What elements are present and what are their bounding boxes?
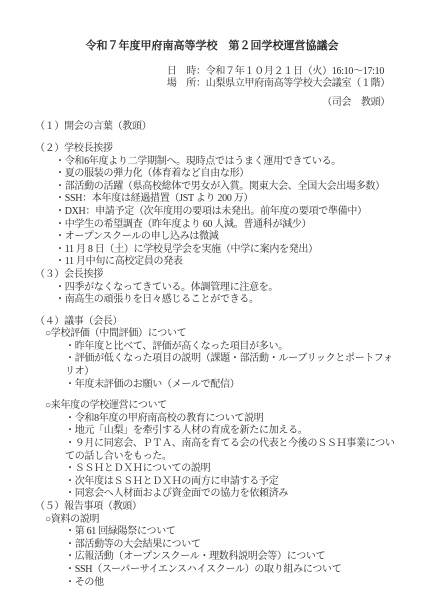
bullet-list: ・令和6年度より二学期制へ。現時点ではうまく運用できている。・夏の服装の弾力化（… [35,156,398,269]
subsection-next-year-operation: ○来年度の学校運営について ・令和8年度の甲府南高校の教育について説明・地元「山… [35,400,398,501]
subsection-heading: ○来年度の学校運営について [45,400,398,413]
agenda-bullet: ・令和8年度の甲府南高校の教育について説明 [65,413,398,426]
section-principal-greeting: （２）学校長挨拶 ・令和6年度より二学期制へ。現時点ではうまく運用できている。・… [35,143,398,269]
bullet-list: ・令和8年度の甲府南高校の教育について説明・地元「山梨」を牽引する人材の育成を新… [45,413,398,501]
agenda-bullet: ・第 61 回緑陽祭について [65,526,398,539]
agenda-bullet: ・夏の服装の弾力化（体育着など自由な形） [55,168,398,181]
agenda-bullet: ・SSH：本年度は経過措置（JST より 200 万） [55,193,398,206]
agenda-bullet: ・その他 [65,577,398,590]
section-proceedings: （４）議事（会長） ○学校評価（中間評価）について ・昨年度と比べて、評価が高く… [35,316,398,501]
bullet-list: ・第 61 回緑陽祭について・部活動等の大会結果について・広報活動（オープンスク… [45,526,398,589]
agenda-bullet: ・部活動等の大会結果について [65,539,398,552]
section-heading: （２）学校長挨拶 [35,143,398,156]
section-heading: （５）報告事項（教頭） [35,501,398,514]
section-chair-greeting: （３）会長挨拶 ・四季がなくなってきている。体調管理に注意を。・南高生の頑張りを… [35,269,398,307]
subsection-school-evaluation: ○学校評価（中間評価）について ・昨年度と比べて、評価が高くなった項目が多い。・… [35,328,398,391]
agenda-bullet: ・DXH：申請予定（次年度用の要項は未発出。前年度の要項で準備中） [55,206,398,219]
subsection-heading: ○学校評価（中間評価）について [45,328,398,341]
agenda-bullet: ・昨年度と比べて、評価が高くなった項目が多い。 [65,341,398,354]
agenda-bullet: ・四季がなくなってきている。体調管理に注意を。 [55,282,398,295]
agenda-bullet: ・９月に同窓会、ＰＴＡ、南高を育てる会の代表と今後のＳＳＨ事業についての話し合い… [65,438,398,463]
agenda-bullet: ・地元「山梨」を牽引する人材の育成を新たに加える。 [65,425,398,438]
agenda-bullet: ・令和6年度より二学期制へ。現時点ではうまく運用できている。 [55,156,398,169]
agenda-bullet: ・評価が低くなった項目の説明（課題・部活動・ルーブリックとポートフォリオ） [65,353,398,378]
agenda-bullet: ・年度末評価のお願い（メールで配信） [65,379,398,392]
section-reports: （５）報告事項（教頭） ○資料の説明 ・第 61 回緑陽祭について・部活動等の大… [35,501,398,589]
meta-block: 日 時：令和７年１０月２１日（火）16:10～17:10 場 所：山梨県立甲府南… [167,66,390,91]
section-heading: （４）議事（会長） [35,316,398,329]
section-heading: （３）会長挨拶 [35,269,398,282]
agenda-bullet: ・次年度はＳＳＨとＤＸＨの両方に申請する予定 [65,476,398,489]
agenda-bullet: ・オープンスクールの申し込みは微減 [55,231,398,244]
agenda-bullet: ・中学生の希望調査（昨年度より 60 人減。普通科が減少） [55,219,398,232]
section-opening: （１）開会の言葉（教頭） [35,121,398,134]
agenda-bullet: ・ＳＳＨとＤＸＨについての説明 [65,463,398,476]
agenda-body: （１）開会の言葉（教頭） （２）学校長挨拶 ・令和6年度より二学期制へ。現時点で… [35,121,398,589]
agenda-bullet: ・同窓会へ人材面および資金面での協力を依頼済み [65,488,398,501]
subsection-heading: ○資料の説明 [45,514,398,527]
section-heading: （１）開会の言葉（教頭） [35,121,398,134]
bullet-list: ・四季がなくなってきている。体調管理に注意を。・南高生の頑張りを日々感じることが… [35,282,398,307]
agenda-bullet: ・11 月中旬に高校定員の発表 [55,256,398,269]
agenda-bullet: ・広報活動（オープンスクール・理数科説明会等）について [65,551,398,564]
document-title: 令和７年度甲府南高等学校 第２回学校運営協議会 [0,40,424,53]
meeting-location: 場 所：山梨県立甲府南高等学校大会議室（１階） [167,78,390,91]
agenda-bullet: ・11 月 8 日（土）に学校見学会を実施（中学に案内を発出） [55,244,398,257]
bullet-list: ・昨年度と比べて、評価が高くなった項目が多い。・評価が低くなった項目の説明（課題… [45,341,398,391]
agenda-bullet: ・南高生の頑張りを日々感じることができる。 [55,294,398,307]
subsection-materials: ○資料の説明 ・第 61 回緑陽祭について・部活動等の大会結果について・広報活動… [35,514,398,590]
document-page: 令和７年度甲府南高等学校 第２回学校運営協議会 日 時：令和７年１０月２１日（火… [0,0,424,600]
agenda-bullet: ・SSH（スーパーサイエンスハイスクール）の取り組みについて [65,564,398,577]
meeting-datetime: 日 時：令和７年１０月２１日（火）16:10～17:10 [167,66,390,79]
agenda-bullet: ・部活動の活躍（県高校総体で男女が入賞。関東大会、全国大会出場多数） [55,181,398,194]
moderator-note: （司会 教頭） [0,97,424,110]
